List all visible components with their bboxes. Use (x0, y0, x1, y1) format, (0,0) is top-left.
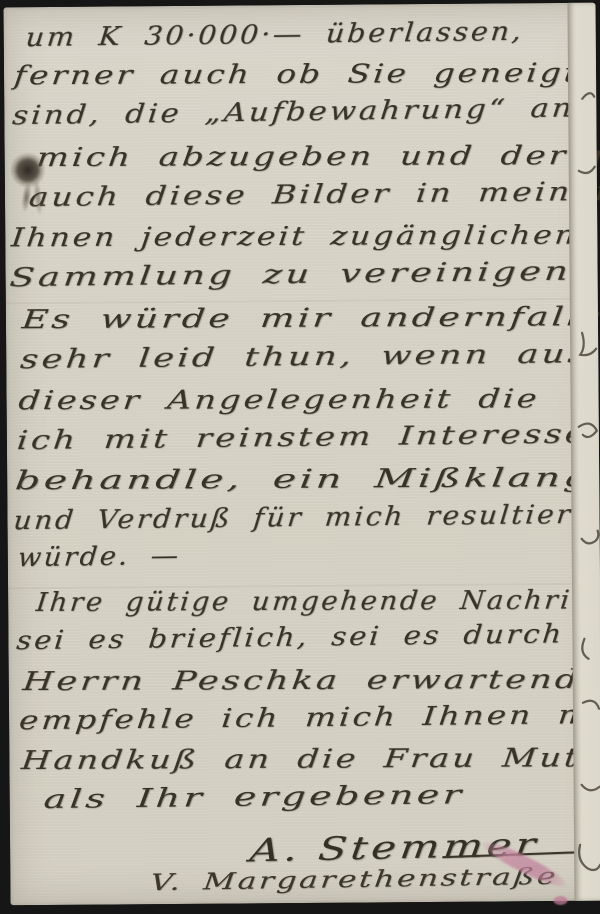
handwriting-line: mich abzugeben und derart (35, 141, 600, 173)
handwriting-line: ich mit reinstem Interesse (16, 419, 590, 456)
handwriting-line: Handkuß an die Frau Mutter (20, 743, 600, 776)
scan-background: um K 30·000·— überlassen, ferner auch ob… (0, 0, 600, 914)
handwriting-line: sehr leid thun, wenn aus (19, 339, 591, 375)
handwriting-line: sind, die „Aufbewahrung“ an (11, 94, 576, 132)
handwriting-line: Herrn Peschka erwartend, (21, 665, 596, 697)
handwriting-line: und Verdruß für mich resultieren (12, 500, 600, 537)
letter-paper: um K 30·000·— überlassen, ferner auch ob… (3, 3, 600, 906)
ink-blot (6, 148, 53, 228)
handwriting-line: ferner auch ob Sie geneigt (13, 58, 582, 91)
handwriting-line: empfehle ich mich Ihnen mit (18, 700, 600, 736)
handwriting-line: um K 30·000·— überlassen, (24, 17, 525, 53)
handwriting-line: Sammlung zu vereinigen. (8, 257, 587, 294)
pink-smudge-dot (553, 896, 567, 905)
ink-blot-drip (32, 178, 44, 217)
handwriting-line: würde. — (16, 541, 182, 573)
handwriting-line: behandle, ein Mißklang (14, 463, 594, 496)
handwriting-line: auch diese Bilder in meiner (28, 177, 600, 213)
handwriting-line: dieser Angelegenheit die (17, 384, 541, 416)
handwriting-line: Ihnen jederzeit zugänglichen (10, 220, 580, 253)
handwriting-line: als Ihr ergebener (42, 780, 465, 815)
handwriting-line: sei es brieflich, sei es durch (15, 619, 565, 656)
handwriting-line: Es würde mir andernfalls (20, 302, 600, 335)
handwriting-line: Ihre gütige umgehende Nachricht, (35, 585, 600, 618)
